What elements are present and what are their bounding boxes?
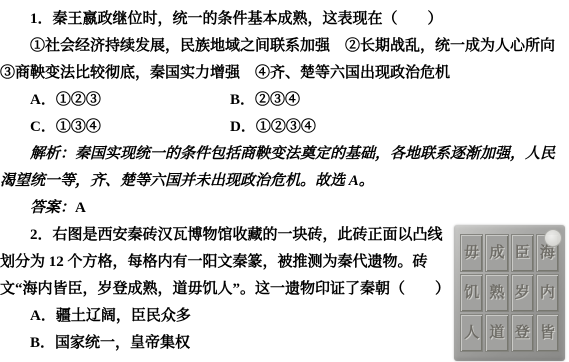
- brick-seal-cell: 成: [485, 234, 508, 272]
- brick-seal-cell: 熟: [485, 274, 508, 312]
- brick-seal-cell: 毋: [460, 234, 483, 272]
- brick-seal-cell: 饥: [460, 274, 483, 312]
- brick-seal-cell: 登: [511, 314, 534, 352]
- analysis-label: 解析：: [30, 146, 75, 162]
- question-1-items: ①社会经济持续发展，民族地域之间联系加强 ②长期战乱，统一成为人心所向 ③商鞅变…: [0, 33, 569, 87]
- brick-seal-grid: 毋 成 臣 海 饥 熟 岁 内 人 道 登 皆: [460, 234, 559, 353]
- option-label: D．: [230, 119, 256, 135]
- question-2-block: 毋 成 臣 海 饥 熟 岁 内 人 道 登 皆 2．右图是西安秦砖汉瓦博物馆收藏…: [0, 222, 569, 357]
- option-label: C．: [30, 119, 56, 135]
- option-text: ①②③: [56, 92, 101, 108]
- option-label: A．: [30, 308, 56, 324]
- question-1-option-a: A．①②③: [30, 87, 230, 114]
- brick-seal-cell: 道: [485, 314, 508, 352]
- question-1-analysis: 解析：秦国实现统一的条件包括商鞅变法奠定的基础，各地联系逐渐加强，人民渴望统一等…: [0, 141, 569, 195]
- analysis-text: 秦国实现统一的条件包括商鞅变法奠定的基础，各地联系逐渐加强，人民渴望统一等，齐、…: [0, 146, 555, 189]
- exam-page: 1．秦王嬴政继位时，统一的条件基本成熟，这表现在（ ） ①社会经济持续发展，民族…: [0, 0, 569, 362]
- option-text: ①③④: [56, 119, 101, 135]
- option-text: 疆土辽阔，臣民众多: [56, 308, 191, 324]
- brick-seal-cell: 臣: [511, 234, 534, 272]
- question-2-option-a: A．疆土辽阔，臣民众多: [30, 303, 191, 330]
- option-label: A．: [30, 92, 56, 108]
- answer-label: 答案：: [30, 200, 75, 216]
- option-text: ②③④: [255, 92, 300, 108]
- question-2-option-b: B．国家统一，皇帝集权: [30, 330, 190, 357]
- question-1-options-row-1: A．①②③ B．②③④: [30, 87, 569, 114]
- option-label: B．: [30, 335, 55, 351]
- brick-seal-cell: 内: [536, 274, 559, 312]
- question-1-answer: 答案：A: [0, 195, 569, 222]
- option-text: 国家统一，皇帝集权: [55, 335, 190, 351]
- question-2-stem: 2．右图是西安秦砖汉瓦博物馆收藏的一块砖，此砖正面以凸线划分为 12 个方格，每…: [0, 222, 452, 303]
- answer-text: A: [75, 200, 86, 216]
- option-text: ①②③④: [256, 119, 316, 135]
- question-1-option-b: B．②③④: [230, 87, 300, 114]
- circle-stamp-icon: [544, 229, 562, 247]
- brick-seal-cell: 人: [460, 314, 483, 352]
- question-1-option-d: D．①②③④: [230, 114, 316, 141]
- question-1-option-c: C．①③④: [30, 114, 230, 141]
- qin-brick-image: 毋 成 臣 海 饥 熟 岁 内 人 道 登 皆: [454, 225, 565, 361]
- option-label: B．: [230, 92, 255, 108]
- brick-seal-cell: 皆: [536, 314, 559, 352]
- brick-seal-cell: 岁: [511, 274, 534, 312]
- question-1-stem: 1．秦王嬴政继位时，统一的条件基本成熟，这表现在（ ）: [0, 6, 569, 33]
- question-1-options-row-2: C．①③④ D．①②③④: [30, 114, 569, 141]
